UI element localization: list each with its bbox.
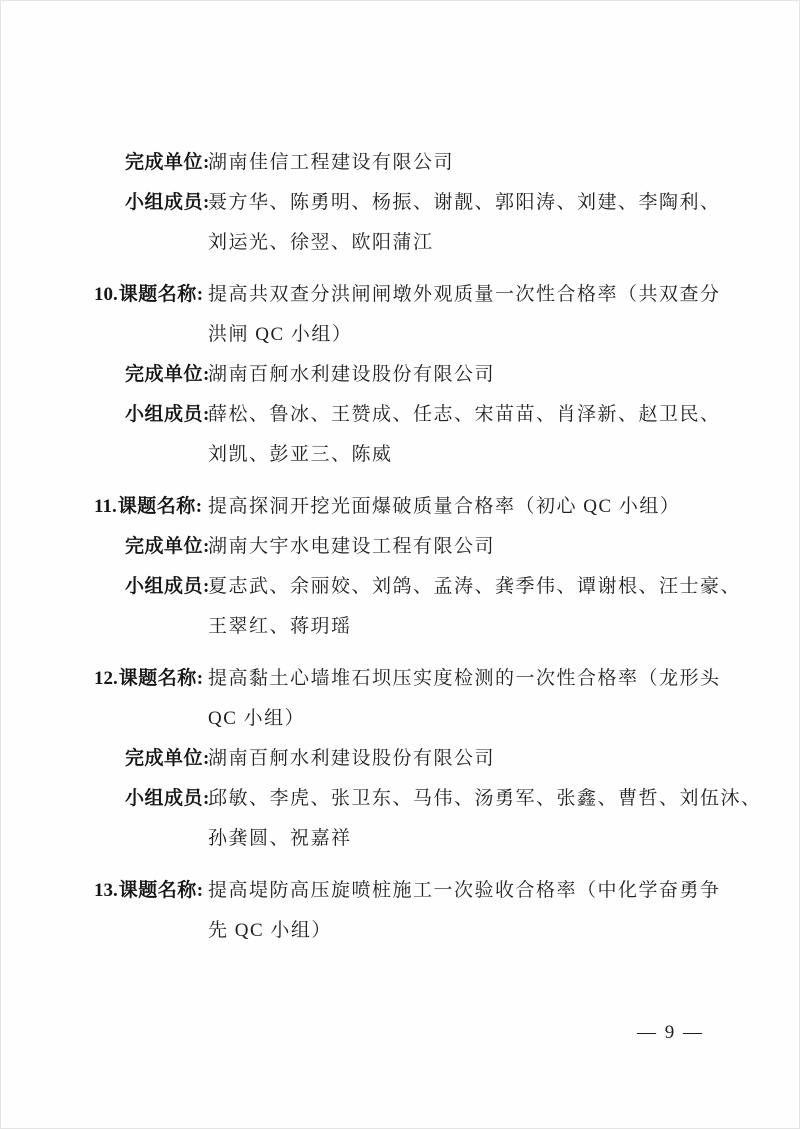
- members-line: 邱敏、李虎、张卫东、马伟、汤勇军、张鑫、曹哲、刘伍沐、: [208, 779, 799, 819]
- members-line: 薛松、鲁冰、王赞成、任志、宋苗苗、肖泽新、赵卫民、: [208, 395, 799, 435]
- topic-line: 提高黏土心墙堆石坝压实度检测的一次性合格率（龙形头: [208, 659, 799, 699]
- topic-label: 12.课题名称:: [94, 659, 204, 699]
- qc-entry-12: 12.课题名称: 提高黏土心墙堆石坝压实度检测的一次性合格率（龙形头 QC 小组…: [1, 659, 799, 859]
- topic-row: 11.课题名称: 提高探洞开挖光面爆破质量合格率（初心 QC 小组）: [1, 487, 799, 527]
- topic-line: 提高堤防高压旋喷桩施工一次验收合格率（中化学奋勇争: [208, 871, 799, 911]
- members-line: 夏志武、余丽姣、刘鸽、孟涛、龚季伟、谭谢根、汪士豪、: [208, 567, 799, 607]
- topic-line: QC 小组）: [208, 699, 799, 739]
- completion-unit-label: 完成单位:: [125, 355, 210, 395]
- completion-unit-row: 完成单位: 湖南百舸水利建设股份有限公司: [1, 355, 799, 395]
- topic-label: 13.课题名称:: [94, 871, 204, 911]
- topic-line: 提高探洞开挖光面爆破质量合格率（初心 QC 小组）: [208, 487, 799, 527]
- completion-unit-row: 完成单位: 湖南百舸水利建设股份有限公司: [1, 739, 799, 779]
- members-line: 刘运光、徐翌、欧阳蒲江: [208, 223, 799, 263]
- topic-number: 12.: [94, 668, 118, 689]
- completion-unit-value: 湖南佳信工程建设有限公司: [208, 143, 799, 183]
- members-line: 聂方华、陈勇明、杨振、谢靓、郭阳涛、刘建、李陶利、: [208, 183, 799, 223]
- completion-unit-value: 湖南百舸水利建设股份有限公司: [208, 739, 799, 779]
- topic-label-text: 课题名称:: [119, 284, 204, 305]
- topic-label: 11.课题名称:: [94, 487, 203, 527]
- completion-unit-label: 完成单位:: [125, 527, 210, 567]
- completion-unit-row: 完成单位: 湖南大宇水电建设工程有限公司: [1, 527, 799, 567]
- completion-unit-value: 湖南大宇水电建设工程有限公司: [208, 527, 799, 567]
- members-label: 小组成员:: [125, 395, 210, 435]
- completion-unit-value: 湖南百舸水利建设股份有限公司: [208, 355, 799, 395]
- completion-unit-label: 完成单位:: [125, 739, 210, 779]
- members-row: 小组成员: 邱敏、李虎、张卫东、马伟、汤勇军、张鑫、曹哲、刘伍沐、 孙龚圆、祝嘉…: [1, 779, 799, 859]
- qc-entry-10: 10.课题名称: 提高共双查分洪闸闸墩外观质量一次性合格率（共双查分 洪闸 QC…: [1, 275, 799, 475]
- members-label: 小组成员:: [125, 567, 210, 607]
- completion-unit-row: 完成单位: 湖南佳信工程建设有限公司: [1, 143, 799, 183]
- completion-unit-label: 完成单位:: [125, 143, 210, 183]
- topic-number: 11.: [94, 496, 117, 517]
- topic-label: 10.课题名称:: [94, 275, 204, 315]
- topic-line: 先 QC 小组）: [208, 911, 799, 951]
- topic-line: 洪闸 QC 小组）: [208, 315, 799, 355]
- members-row: 小组成员: 聂方华、陈勇明、杨振、谢靓、郭阳涛、刘建、李陶利、 刘运光、徐翌、欧…: [1, 183, 799, 263]
- qc-entry-13: 13.课题名称: 提高堤防高压旋喷桩施工一次验收合格率（中化学奋勇争 先 QC …: [1, 871, 799, 951]
- document-page: 完成单位: 湖南佳信工程建设有限公司 小组成员: 聂方华、陈勇明、杨振、谢靓、郭…: [0, 0, 800, 1129]
- members-row: 小组成员: 薛松、鲁冰、王赞成、任志、宋苗苗、肖泽新、赵卫民、 刘凯、彭亚三、陈…: [1, 395, 799, 475]
- members-line: 孙龚圆、祝嘉祥: [208, 819, 799, 859]
- topic-label-text: 课题名称:: [118, 496, 203, 517]
- document-body: 完成单位: 湖南佳信工程建设有限公司 小组成员: 聂方华、陈勇明、杨振、谢靓、郭…: [1, 143, 799, 951]
- members-label: 小组成员:: [125, 779, 210, 819]
- members-line: 王翠红、蒋玥瑶: [208, 607, 799, 647]
- topic-row: 12.课题名称: 提高黏土心墙堆石坝压实度检测的一次性合格率（龙形头 QC 小组…: [1, 659, 799, 739]
- topic-line: 提高共双查分洪闸闸墩外观质量一次性合格率（共双查分: [208, 275, 799, 315]
- members-label: 小组成员:: [125, 183, 210, 223]
- topic-label-text: 课题名称:: [119, 880, 204, 901]
- page-number: — 9 —: [637, 1013, 704, 1053]
- members-row: 小组成员: 夏志武、余丽姣、刘鸽、孟涛、龚季伟、谭谢根、汪士豪、 王翠红、蒋玥瑶: [1, 567, 799, 647]
- topic-number: 13.: [94, 880, 118, 901]
- qc-entry-11: 11.课题名称: 提高探洞开挖光面爆破质量合格率（初心 QC 小组） 完成单位:…: [1, 487, 799, 647]
- topic-row: 13.课题名称: 提高堤防高压旋喷桩施工一次验收合格率（中化学奋勇争 先 QC …: [1, 871, 799, 951]
- topic-number: 10.: [94, 284, 118, 305]
- members-line: 刘凯、彭亚三、陈威: [208, 435, 799, 475]
- topic-row: 10.课题名称: 提高共双查分洪闸闸墩外观质量一次性合格率（共双查分 洪闸 QC…: [1, 275, 799, 355]
- qc-entry-9-continued: 完成单位: 湖南佳信工程建设有限公司 小组成员: 聂方华、陈勇明、杨振、谢靓、郭…: [1, 143, 799, 263]
- topic-label-text: 课题名称:: [119, 668, 204, 689]
